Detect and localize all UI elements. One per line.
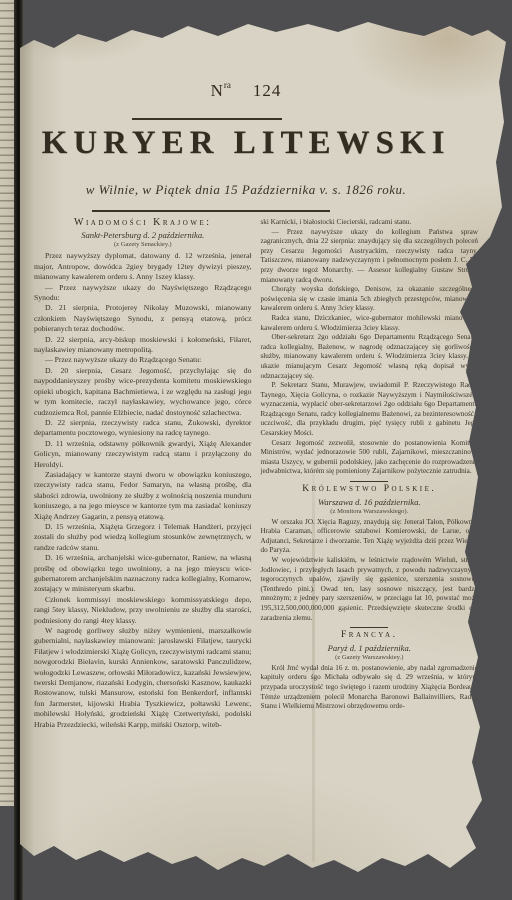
header-rule-top [132, 118, 282, 120]
paragraph: W orszaku JO. Xięcia Raguzy, znaydują si… [261, 518, 479, 556]
left-column-body: Przez naywyższy dyplomat, datowany d. 12… [34, 251, 252, 730]
paragraph: — Przez naywyższe ukazy do Nayświętszego… [34, 283, 252, 304]
news-column-left: Wiadomości Krajowe: Sankt-Petersburg d. … [34, 218, 252, 808]
poland-section-body: W orszaku JO. Xięcia Raguzy, znaydują si… [261, 518, 479, 624]
article-source-paris: (z Gazety Warszawskiey.) [261, 654, 479, 662]
paragraph: Radca stanu, Dziczkaniec, wice-gubernato… [261, 314, 479, 333]
paragraph: Ober-sekretarz 2go oddziału 6go Departam… [261, 333, 479, 381]
paragraph: Cesarz Jegomość zezwolił, stosownie do p… [261, 439, 479, 477]
masthead-title: KURYER LITEWSKI [20, 125, 472, 162]
news-column-right: ski Karnicki, i białostocki Ciecierski, … [261, 218, 479, 808]
paragraph: P. Sekretarz Stanu, Murawjew, uwiadomił … [261, 381, 479, 439]
paragraph: Członek kommissyi moskiewskiego kommissy… [34, 595, 252, 626]
article-dateline-petersburg: Sankt-Petersburg d. 2 października. [34, 230, 252, 241]
france-section-body: Król Jmć wydał dnia 16 z. m. postanowien… [261, 664, 479, 712]
paragraph: D. 15 września, Xiążęta Grzegorz i Telem… [34, 522, 252, 553]
paragraph: D. 22 sierpnia, rzeczywisty radca stanu,… [34, 418, 252, 439]
paragraph: Król Jmć wydał dnia 16 z. m. postanowien… [261, 664, 479, 712]
right-column-body: — Przez naywyższe ukazy do kollegium Pań… [261, 228, 479, 477]
newspaper-page: Nra124 KURYER LITEWSKI w Wilnie, w Piąte… [20, 12, 506, 878]
paragraph: W nagrodę gorliwey służby niżey wymienie… [34, 626, 252, 730]
section-heading-france: Francya. [261, 631, 479, 641]
article-source-warsaw: (z Monitora Warszawskiego). [261, 508, 479, 516]
paragraph: Przez naywyższy dyplomat, datowany d. 12… [34, 251, 252, 282]
paragraph: Chorąży woyska dońskiego, Denisow, za ok… [261, 285, 479, 314]
paragraph: Zasiadający w kantorze stayni dworu w ob… [34, 470, 252, 522]
header-rule-bottom [92, 210, 330, 212]
article-dateline-warsaw: Warszawa d. 16 października. [261, 497, 479, 508]
issue-dateline: w Wilnie, w Piątek dnia 15 Października … [20, 182, 472, 198]
paragraph: — Przez naywyższe ukazy do Rządzącego Se… [34, 355, 252, 365]
article-dateline-paris: Paryż d. 1 października. [261, 643, 479, 654]
scan-background: { "header": { "issue_prefix": "N", "issu… [0, 0, 512, 900]
issue-superscript: ra [224, 80, 231, 90]
issue-number: Nra124 [20, 80, 472, 101]
news-columns: Wiadomości Krajowe: Sankt-Petersburg d. … [34, 218, 478, 808]
paragraph: D. 16 września, archanjelski wice-gubern… [34, 553, 252, 595]
section-heading-poland: Królewstwo Polskie. [261, 485, 479, 495]
paragraph: D. 22 sierpnia, arcy-biskup moskiewski i… [34, 335, 252, 356]
continuation-paragraph: ski Karnicki, i białostocki Ciecierski, … [261, 218, 479, 228]
section-divider-rule [350, 627, 388, 628]
paragraph: D. 21 sierpnia, Protojerey Nikołay Muzow… [34, 303, 252, 334]
paragraph: D. 20 sierpnia, Cesarz Jegomość, przychy… [34, 366, 252, 418]
paragraph: — Przez naywyższe ukazy do kollegium Pań… [261, 228, 479, 286]
article-source-petersburg: (z Gazety Senackiey.) [34, 241, 252, 249]
paragraph: D. 11 września, odstawny półkownik gward… [34, 439, 252, 470]
section-divider-rule [350, 481, 388, 482]
paragraph: W województwie kaliskiém, w leśnictwie r… [261, 556, 479, 623]
section-heading-domestic: Wiadomości Krajowe: [34, 218, 252, 228]
issue-number-value: 124 [253, 81, 282, 100]
